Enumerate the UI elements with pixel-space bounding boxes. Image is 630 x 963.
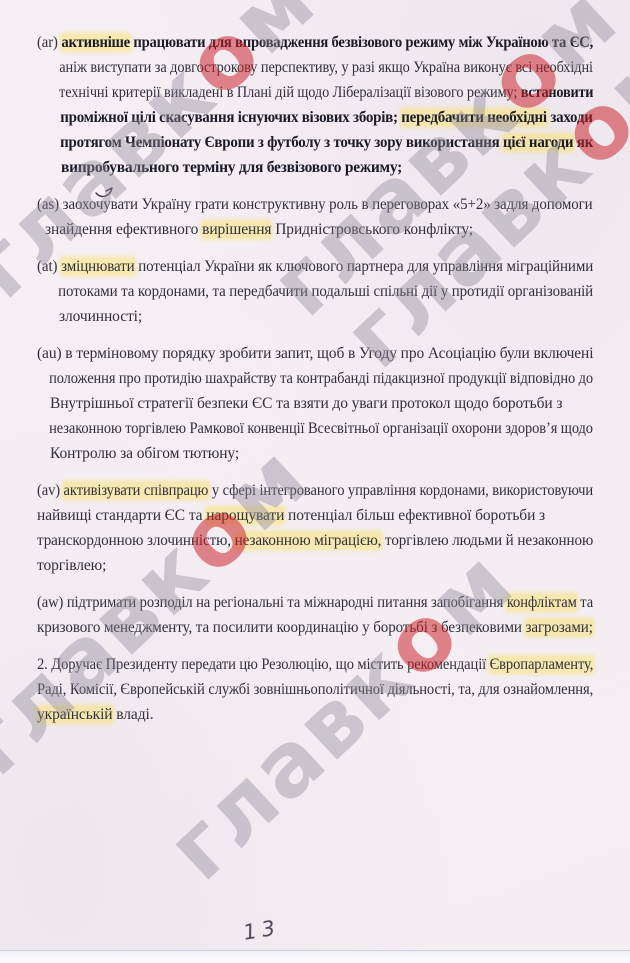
text-line: найвищі стандарти ЄС та нарощувати потен…	[37, 503, 593, 528]
highlighted-text: нарощувати	[206, 507, 284, 524]
highlighted-text: активніше	[61, 34, 130, 51]
text-segment: технічні критерії викладені в Плані дій …	[59, 84, 521, 101]
watermark-letter: г	[147, 792, 252, 900]
text-segment: торгівлею людьми й незаконною	[381, 532, 593, 549]
text-segment: потенціал більш ефективної боротьби з	[284, 507, 545, 524]
text-segment: владі.	[113, 706, 154, 723]
highlighted-text: конфліктам	[507, 594, 577, 611]
paragraph-aw: (aw) підтримати розподіл на регіональні …	[37, 590, 593, 640]
text-line: технічні критерії викладені в Плані дій …	[37, 80, 550, 105]
highlighted-text: вирішення	[202, 221, 271, 238]
text-line: кризового менеджменту, та посилити коорд…	[37, 615, 577, 640]
text-line: злочинності;	[37, 304, 593, 329]
text-segment: положення про протидію шахрайству та кон…	[49, 370, 593, 387]
paragraph-ar: (ar) активніше працювати для впровадженн…	[37, 30, 593, 180]
text-segment: транскордонною злочинністю,	[37, 532, 235, 549]
text-segment: Придністровського конфлікту;	[271, 221, 473, 238]
text-segment: потенціал України як ключового партнера …	[135, 258, 594, 275]
text-segment: аніж виступати за довгострокову перспект…	[59, 59, 593, 76]
text-line: (au) в терміновому порядку зробити запит…	[37, 341, 592, 366]
watermark-letter: л	[182, 746, 301, 867]
text-line: знайдення ефективного вирішення Придніст…	[37, 217, 593, 242]
text-line: Внутрішньої стратегії безпеки ЄС та взят…	[37, 391, 593, 416]
text-segment: Внутрішньої стратегії безпеки ЄС та взят…	[50, 395, 562, 412]
text-segment: встановити	[521, 84, 594, 101]
text-line: проміжної цілі скасування існуючих візов…	[37, 105, 575, 130]
text-segment: найвищі стандарти ЄС та	[37, 507, 206, 524]
page-number-handwritten: 13	[243, 915, 280, 945]
highlighted-text: цієї нагоди	[503, 134, 573, 151]
text-line: (av) активізувати співпрацю у сфері інте…	[37, 478, 558, 503]
text-segment: Раді, Комісії, Європейській службі зовні…	[37, 681, 593, 698]
text-line: випробувального терміну для безвізового …	[37, 155, 593, 180]
text-line: (at) зміцнювати потенціал України як клю…	[37, 254, 576, 279]
text-segment: незаконною торгівлею Рамкової конвенції …	[49, 420, 593, 437]
text-segment: Контролю за обігом тютюну;	[50, 445, 239, 462]
text-line: торгівлею;	[37, 553, 593, 578]
text-segment: (au) в терміновому порядку зробити запит…	[37, 345, 593, 362]
paragraph-p2: 2. Доручає Президенту передати цю Резолю…	[37, 652, 593, 727]
text-segment: (aw) підтримати розподіл на регіональні …	[37, 594, 507, 611]
highlighted-text: передбачити необхідні	[401, 109, 547, 126]
paragraph-av: (av) активізувати співпрацю у сфері інте…	[37, 478, 593, 578]
highlighted-text: Європарламенту,	[490, 656, 594, 673]
handwritten-mark	[92, 178, 124, 202]
text-segment: (av)	[37, 482, 64, 499]
text-line: українській владі.	[37, 702, 593, 727]
text-line: незаконною торгівлею Рамкової конвенції …	[37, 416, 556, 441]
text-segment: злочинності;	[59, 308, 142, 325]
text-line: аніж виступати за довгострокову перспект…	[37, 55, 552, 80]
text-segment: заходи	[547, 109, 593, 126]
text-line: Раді, Комісії, Європейській службі зовні…	[37, 677, 562, 702]
highlighted-text: загрозами;	[526, 619, 593, 636]
text-segment: потоками та кордонами, та передбачити по…	[58, 283, 593, 300]
text-segment: працювати для впровадження безвізового р…	[130, 34, 593, 51]
text-segment: (at)	[37, 258, 61, 275]
highlighted-text: активізувати співпрацю	[64, 482, 209, 499]
paragraph-au: (au) в терміновому порядку зробити запит…	[37, 341, 593, 466]
text-segment: 2. Доручає Президенту передати цю Резолю…	[37, 656, 490, 673]
text-line: положення про протидію шахрайству та кон…	[37, 366, 555, 391]
text-segment: знайдення ефективного	[45, 221, 202, 238]
text-line: транскордонною злочинністю, незаконною м…	[37, 528, 579, 553]
text-line: (ar) активніше працювати для впровадженн…	[37, 30, 563, 55]
text-line: 2. Доручає Президенту передати цю Резолю…	[37, 652, 558, 677]
text-line: (aw) підтримати розподіл на регіональні …	[37, 590, 559, 615]
text-segment: кризового менеджменту, та посилити коорд…	[37, 619, 526, 636]
text-segment: торгівлею;	[37, 557, 106, 574]
text-segment: та	[577, 594, 593, 611]
scanned-document-page: (ar) активніше працювати для впровадженн…	[0, 0, 630, 963]
text-segment: випробувального терміну для безвізового …	[61, 159, 402, 176]
paragraph-at: (at) зміцнювати потенціал України як клю…	[37, 254, 593, 329]
text-line: Контролю за обігом тютюну;	[37, 441, 593, 466]
highlighted-text: незаконною міграцією,	[235, 532, 382, 549]
text-line: потоками та кордонами, та передбачити по…	[37, 279, 572, 304]
text-segment: протягом Чемпіонату Європи з футболу з т…	[60, 134, 503, 151]
text-segment: проміжної цілі скасування існуючих візов…	[60, 109, 401, 126]
highlighted-text: зміцнювати	[61, 258, 134, 275]
highlighted-text: українській	[37, 706, 113, 723]
document-text: (ar) активніше працювати для впровадженн…	[37, 30, 593, 739]
text-line: протягом Чемпіонату Європи з футболу з т…	[37, 130, 574, 155]
scan-bottom-edge	[0, 950, 630, 963]
text-segment: як	[573, 134, 593, 151]
text-segment: у сфері інтегрованого управління кордона…	[208, 482, 593, 499]
text-segment: (ar)	[37, 34, 61, 51]
